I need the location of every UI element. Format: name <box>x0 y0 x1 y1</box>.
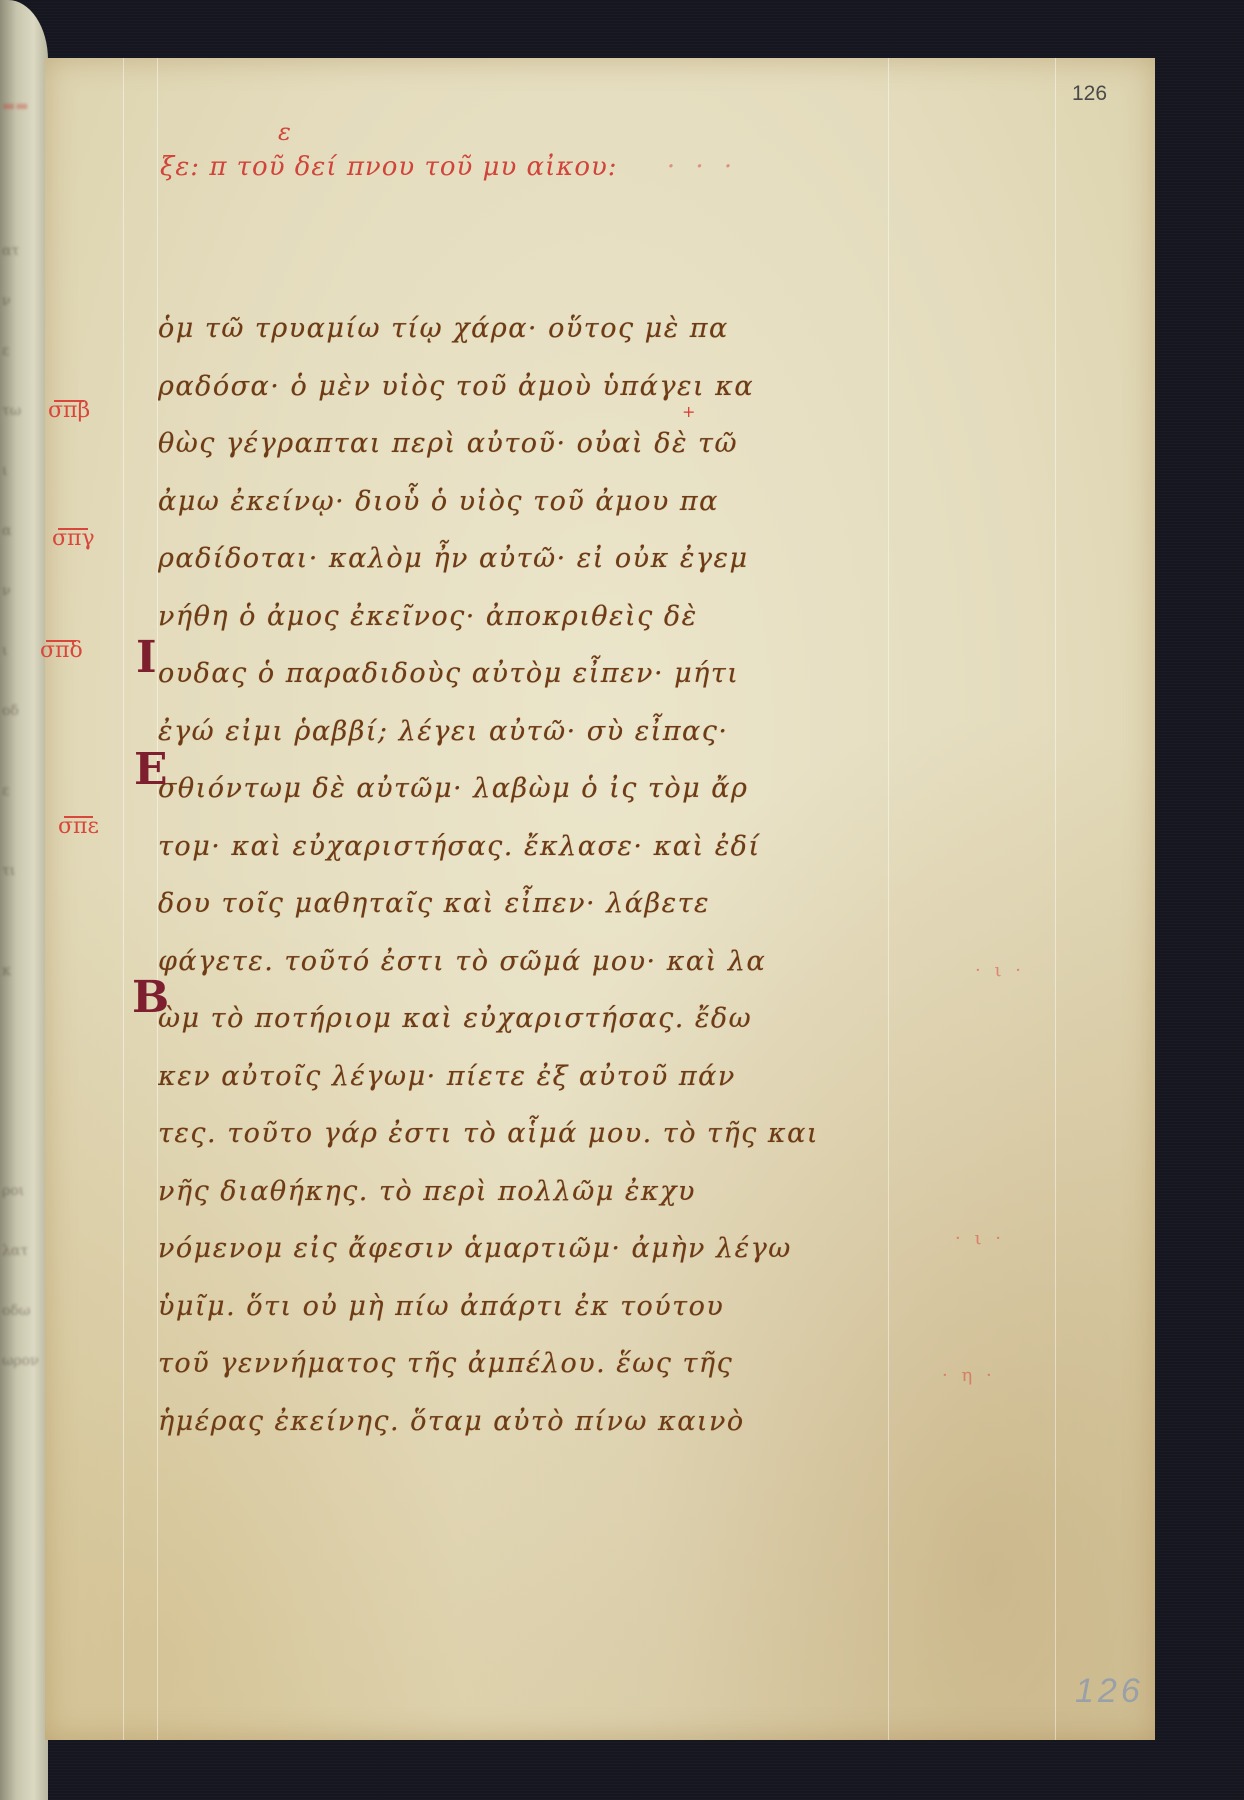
text-line: ουδας ὁ παραδιδοὺς αὐτὸμ εἶπεν· μήτι <box>158 645 883 703</box>
ruling-line <box>1055 58 1056 1740</box>
text-line: σθιόντωμ δὲ αὐτῶμ· λαβὼμ ὁ ἰς τὸμ ἄρ <box>158 760 883 818</box>
previous-leaf-text: α <box>2 520 42 542</box>
text-line: ἡμέρας ἐκείνης. ὅταμ αὐτὸ πίνω καινὸ <box>158 1393 883 1451</box>
folio-number-top: 126 <box>1072 82 1107 106</box>
previous-leaf-text: ν <box>2 580 42 602</box>
previous-leaf-text: τω <box>2 400 42 422</box>
text-line: νόμενομ εἰς ἄφεσιν ἁμαρτιῶμ· ἀμὴν λέγω <box>158 1220 883 1278</box>
margin-section-number: σπγ <box>52 528 95 551</box>
previous-leaf-text: ωρον <box>2 1350 42 1372</box>
text-line: ραδίδοται· καλὸμ ἦν αὐτῶ· εἰ οὐκ ἐγεμ <box>158 530 883 588</box>
text-line: ὑμῖμ. ὅτι οὐ μὴ πίω ἀπάρτι ἐκ τούτου <box>158 1278 883 1336</box>
text-line: τομ· καὶ εὐχαριστήσας. ἔκλασε· καὶ ἐδί <box>158 818 883 876</box>
text-line: δου τοῖς μαθηταῖς καὶ εἶπεν· λάβετε <box>158 875 883 933</box>
previous-leaf-text: ε <box>2 340 42 362</box>
previous-leaf-text: τι <box>2 860 42 882</box>
previous-leaf-text: ι <box>2 640 42 662</box>
previous-leaf-edge: ▬▬ ατ ν ε τω ι α ν ι οδ ε τι κ ροι λατ ο… <box>0 0 48 1800</box>
previous-leaf-rubric: ▬▬ <box>2 95 42 117</box>
faded-red-marginal: · ι · <box>955 1228 1005 1249</box>
rubric-title: ε ξε: π τοῦ δεί πνου τοῦ μυ αἰκου: · · · <box>160 152 900 182</box>
text-column: ὁμ τῶ τρυαμίω τίῳ χάρα· οὕτος μὲ πα ραδό… <box>158 300 883 1450</box>
ruling-line <box>888 58 889 1740</box>
text-line: τες. τοῦτο γάρ ἐστι τὸ αἷμά μου. τὸ τῆς … <box>158 1105 883 1163</box>
rubric-faded: · · · <box>667 152 738 182</box>
initial-beta: Β <box>132 972 169 1023</box>
previous-leaf-text: ατ <box>2 240 42 262</box>
previous-leaf-text: οδω <box>2 1300 42 1322</box>
previous-leaf-text: ε <box>2 780 42 802</box>
previous-leaf-text: ν <box>2 290 42 312</box>
text-line: ὁμ τῶ τρυαμίω τίῳ χάρα· οὕτος μὲ πα <box>158 300 883 358</box>
faded-red-marginal: · η · <box>942 1365 996 1386</box>
initial-iota: Ι <box>136 632 157 683</box>
text-line: νήθη ὁ ἀμος ἐκεῖνος· ἀποκριθεὶς δὲ <box>158 588 883 646</box>
previous-leaf-text: οδ <box>2 700 42 722</box>
text-line: τοῦ γεννήματος τῆς ἀμπέλου. ἕως τῆς <box>158 1335 883 1393</box>
margin-section-number: σπβ <box>48 400 90 423</box>
margin-section-number: σπδ <box>40 640 83 663</box>
faded-red-marginal: · ι · <box>975 960 1025 981</box>
ruling-line <box>123 58 124 1740</box>
text-line: θὼς γέγραπται περὶ αὐτοῦ· οὐαὶ δὲ τῶ <box>158 415 883 473</box>
previous-leaf-text: κ <box>2 960 42 982</box>
margin-section-number: σπε <box>58 816 99 839</box>
rubric-text: π τοῦ δεί πνου τοῦ μυ αἰκου: <box>209 152 617 182</box>
previous-leaf-text: λατ <box>2 1240 42 1262</box>
text-line: φάγετε. τοῦτό ἐστι τὸ σῶμά μου· καὶ λα <box>158 933 883 991</box>
text-line: ραδόσα· ὁ μὲν υἱὸς τοῦ ἀμοὺ ὑπάγει κα <box>158 358 883 416</box>
text-line: ὼμ τὸ ποτήριομ καὶ εὐχαριστήσας. ἔδω <box>158 990 883 1048</box>
text-line: ἐγώ εἰμι ῥαββί; λέγει αὐτῶ· σὺ εἶπας· <box>158 703 883 761</box>
text-line: ἀμω ἐκείνῳ· διοὗ ὁ υἱὸς τοῦ ἀμου πα <box>158 473 883 531</box>
text-line: νῆς διαθήκης. τὸ περὶ πολλῶμ ἐκχυ <box>158 1163 883 1221</box>
rubric-superscript: ε <box>278 118 292 146</box>
previous-leaf-text: ι <box>2 460 42 482</box>
rubric-prefix: ξε: <box>160 152 200 182</box>
initial-epsilon: Ε <box>134 744 168 795</box>
previous-leaf-text: ροι <box>2 1180 42 1202</box>
folio-number-bottom: 126 <box>1075 1672 1144 1711</box>
text-line: κεν αὐτοῖς λέγωμ· πίετε ἐξ αὐτοῦ πάν <box>158 1048 883 1106</box>
